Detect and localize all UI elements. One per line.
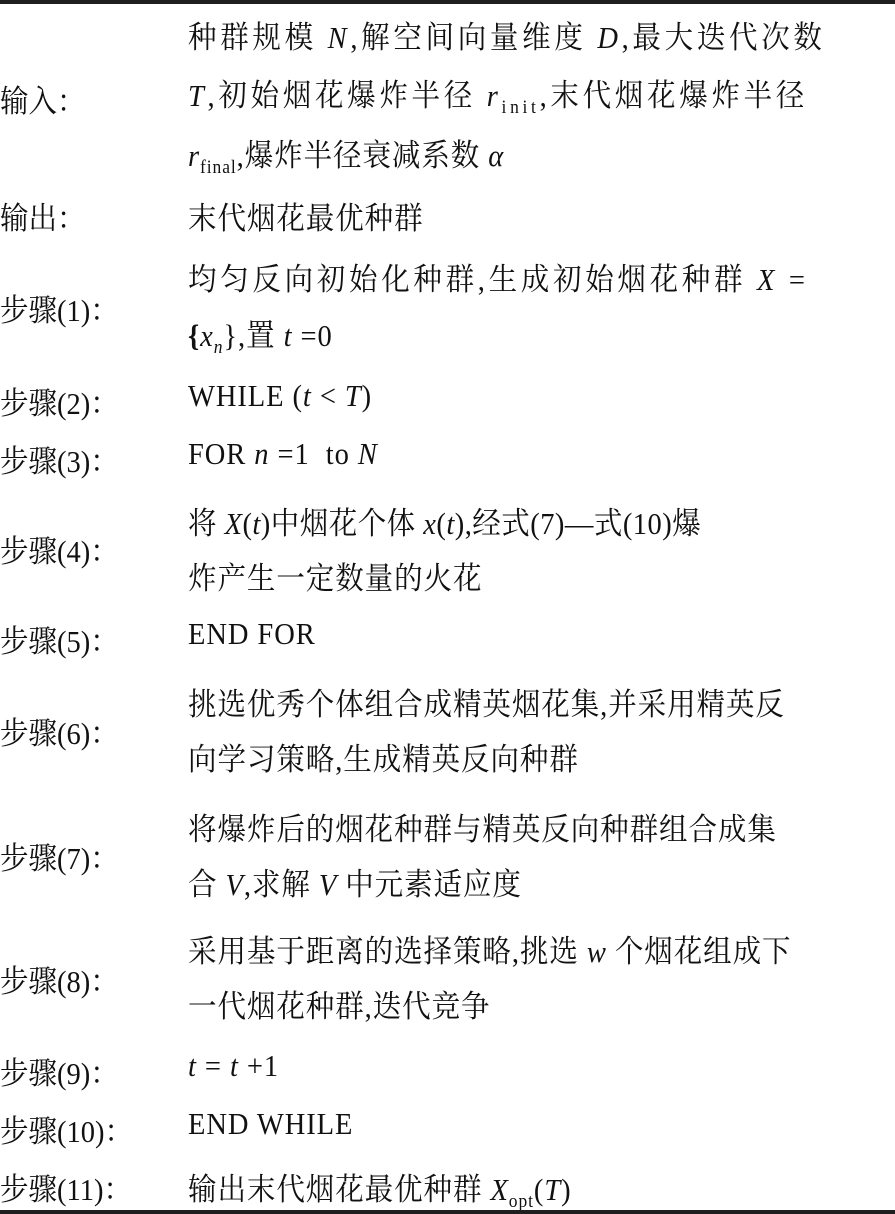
text: 均匀反向初始化种群,生成初始烟花种群 xyxy=(188,262,757,297)
text: 中元素适应度 xyxy=(337,867,522,902)
content-line: END WHILE xyxy=(188,1106,353,1142)
content-line: 种群规模 N,解空间向量维度 D,最大迭代次数 xyxy=(188,12,826,57)
var-t: t xyxy=(252,506,260,541)
text: WHILE ( xyxy=(188,378,303,413)
text: ,求解 xyxy=(244,867,319,902)
text: },置 xyxy=(223,318,283,353)
subscript-init: init xyxy=(502,97,540,118)
row-label: 步骤(8)： xyxy=(0,956,119,1001)
text: 采用基于距离的选择策略,挑选 xyxy=(188,934,587,969)
var-T: T xyxy=(544,1172,561,1207)
var-x: x xyxy=(200,318,214,353)
content-line: {xn},置 t =0 xyxy=(188,310,333,359)
text: ( xyxy=(436,506,446,541)
brace: { xyxy=(188,318,200,353)
var-t: t xyxy=(188,1048,197,1083)
row-label: 步骤(10)： xyxy=(0,1106,133,1151)
row-label: 步骤(9)： xyxy=(0,1048,119,1093)
content-line: 将爆炸后的烟花种群与精英反向种群组合成集 xyxy=(188,804,777,849)
var-T: T xyxy=(188,78,208,113)
row-label: 输出： xyxy=(0,193,86,238)
content-line: 一代烟花种群,迭代竞争 xyxy=(188,981,490,1026)
var-n: n xyxy=(254,436,269,471)
var-N: N xyxy=(358,436,378,471)
var-t: t xyxy=(230,1048,239,1083)
var-V: V xyxy=(225,867,243,902)
content-line: rfinal,爆炸半径衰减系数 α xyxy=(188,130,504,179)
text: < xyxy=(312,378,345,413)
var-X: X xyxy=(490,1172,508,1207)
var-r: r xyxy=(188,138,200,173)
text: ,最大迭代次数 xyxy=(622,20,826,55)
text: =1 to xyxy=(269,436,357,471)
var-N: N xyxy=(328,20,351,55)
text: 将 xyxy=(188,506,225,541)
text: ) xyxy=(362,378,372,413)
row-label: 步骤(11)： xyxy=(0,1164,132,1209)
row-label: 步骤(4)： xyxy=(0,526,119,571)
subscript-opt: opt xyxy=(509,1191,534,1212)
content-line: T,初始烟花爆炸半径 rinit,末代烟花爆炸半径 xyxy=(188,70,808,119)
content-line: 均匀反向初始化种群,生成初始烟花种群 X = xyxy=(188,254,809,299)
text: 种群规模 xyxy=(188,20,328,55)
content-line: 输出末代烟花最优种群 Xopt(T) xyxy=(188,1164,572,1213)
content-line: t = t +1 xyxy=(188,1048,279,1084)
text: FOR xyxy=(188,436,254,471)
var-t: t xyxy=(446,506,454,541)
text: 输出末代烟花最优种群 xyxy=(188,1172,490,1207)
row-label: 步骤(3)： xyxy=(0,436,119,481)
text: =0 xyxy=(292,318,332,353)
text: +1 xyxy=(239,1048,279,1083)
text: 合 xyxy=(188,867,225,902)
content-line: 末代烟花最优种群 xyxy=(188,193,424,238)
table-bottom-rule xyxy=(0,1210,895,1214)
var-r: r xyxy=(487,78,502,113)
text: = xyxy=(778,262,809,297)
row-label: 步骤(1)： xyxy=(0,285,119,330)
text: ,初始烟花爆炸半径 xyxy=(208,78,487,113)
var-T: T xyxy=(345,378,362,413)
row-label: 步骤(2)： xyxy=(0,378,119,423)
subscript-final: final xyxy=(200,157,237,178)
var-D: D xyxy=(597,20,621,55)
text: ,爆炸半径衰减系数 xyxy=(237,138,489,173)
row-label: 步骤(7)： xyxy=(0,833,119,878)
var-t: t xyxy=(303,378,312,413)
content-line: 合 V,求解 V 中元素适应度 xyxy=(188,859,522,904)
text: ) xyxy=(561,1172,571,1207)
text: ),经式(7)—式(10)爆 xyxy=(455,506,701,541)
var-V: V xyxy=(319,867,337,902)
var-X: X xyxy=(757,262,778,297)
text: ,末代烟花爆炸半径 xyxy=(540,78,808,113)
table-top-rule xyxy=(0,0,895,4)
content-line: 挑选优秀个体组合成精英烟花集,并采用精英反 xyxy=(188,679,785,724)
content-line: END FOR xyxy=(188,616,316,652)
text: ( xyxy=(242,506,252,541)
var-t: t xyxy=(284,318,293,353)
var-x: x xyxy=(423,506,436,541)
var-w: w xyxy=(587,934,607,969)
content-line: 采用基于距离的选择策略,挑选 w 个烟花组成下 xyxy=(188,926,791,971)
content-line: WHILE (t < T) xyxy=(188,378,372,414)
content-line: FOR n =1 to N xyxy=(188,436,378,472)
row-label: 步骤(5)： xyxy=(0,616,119,661)
var-X: X xyxy=(225,506,243,541)
text: ( xyxy=(534,1172,544,1207)
subscript-n: n xyxy=(214,337,224,358)
content-line: 向学习策略,生成精英反向种群 xyxy=(188,734,579,779)
content-line: 炸产生一定数量的火花 xyxy=(188,553,482,598)
var-alpha: α xyxy=(488,138,504,173)
text: )中烟花个体 xyxy=(261,506,423,541)
text: 个烟花组成下 xyxy=(607,934,792,969)
row-label: 步骤(6)： xyxy=(0,708,119,753)
text: = xyxy=(197,1048,230,1083)
content-line: 将 X(t)中烟花个体 x(t),经式(7)—式(10)爆 xyxy=(188,498,701,543)
row-label: 输入： xyxy=(0,76,86,121)
text: ,解空间向量维度 xyxy=(350,20,597,55)
